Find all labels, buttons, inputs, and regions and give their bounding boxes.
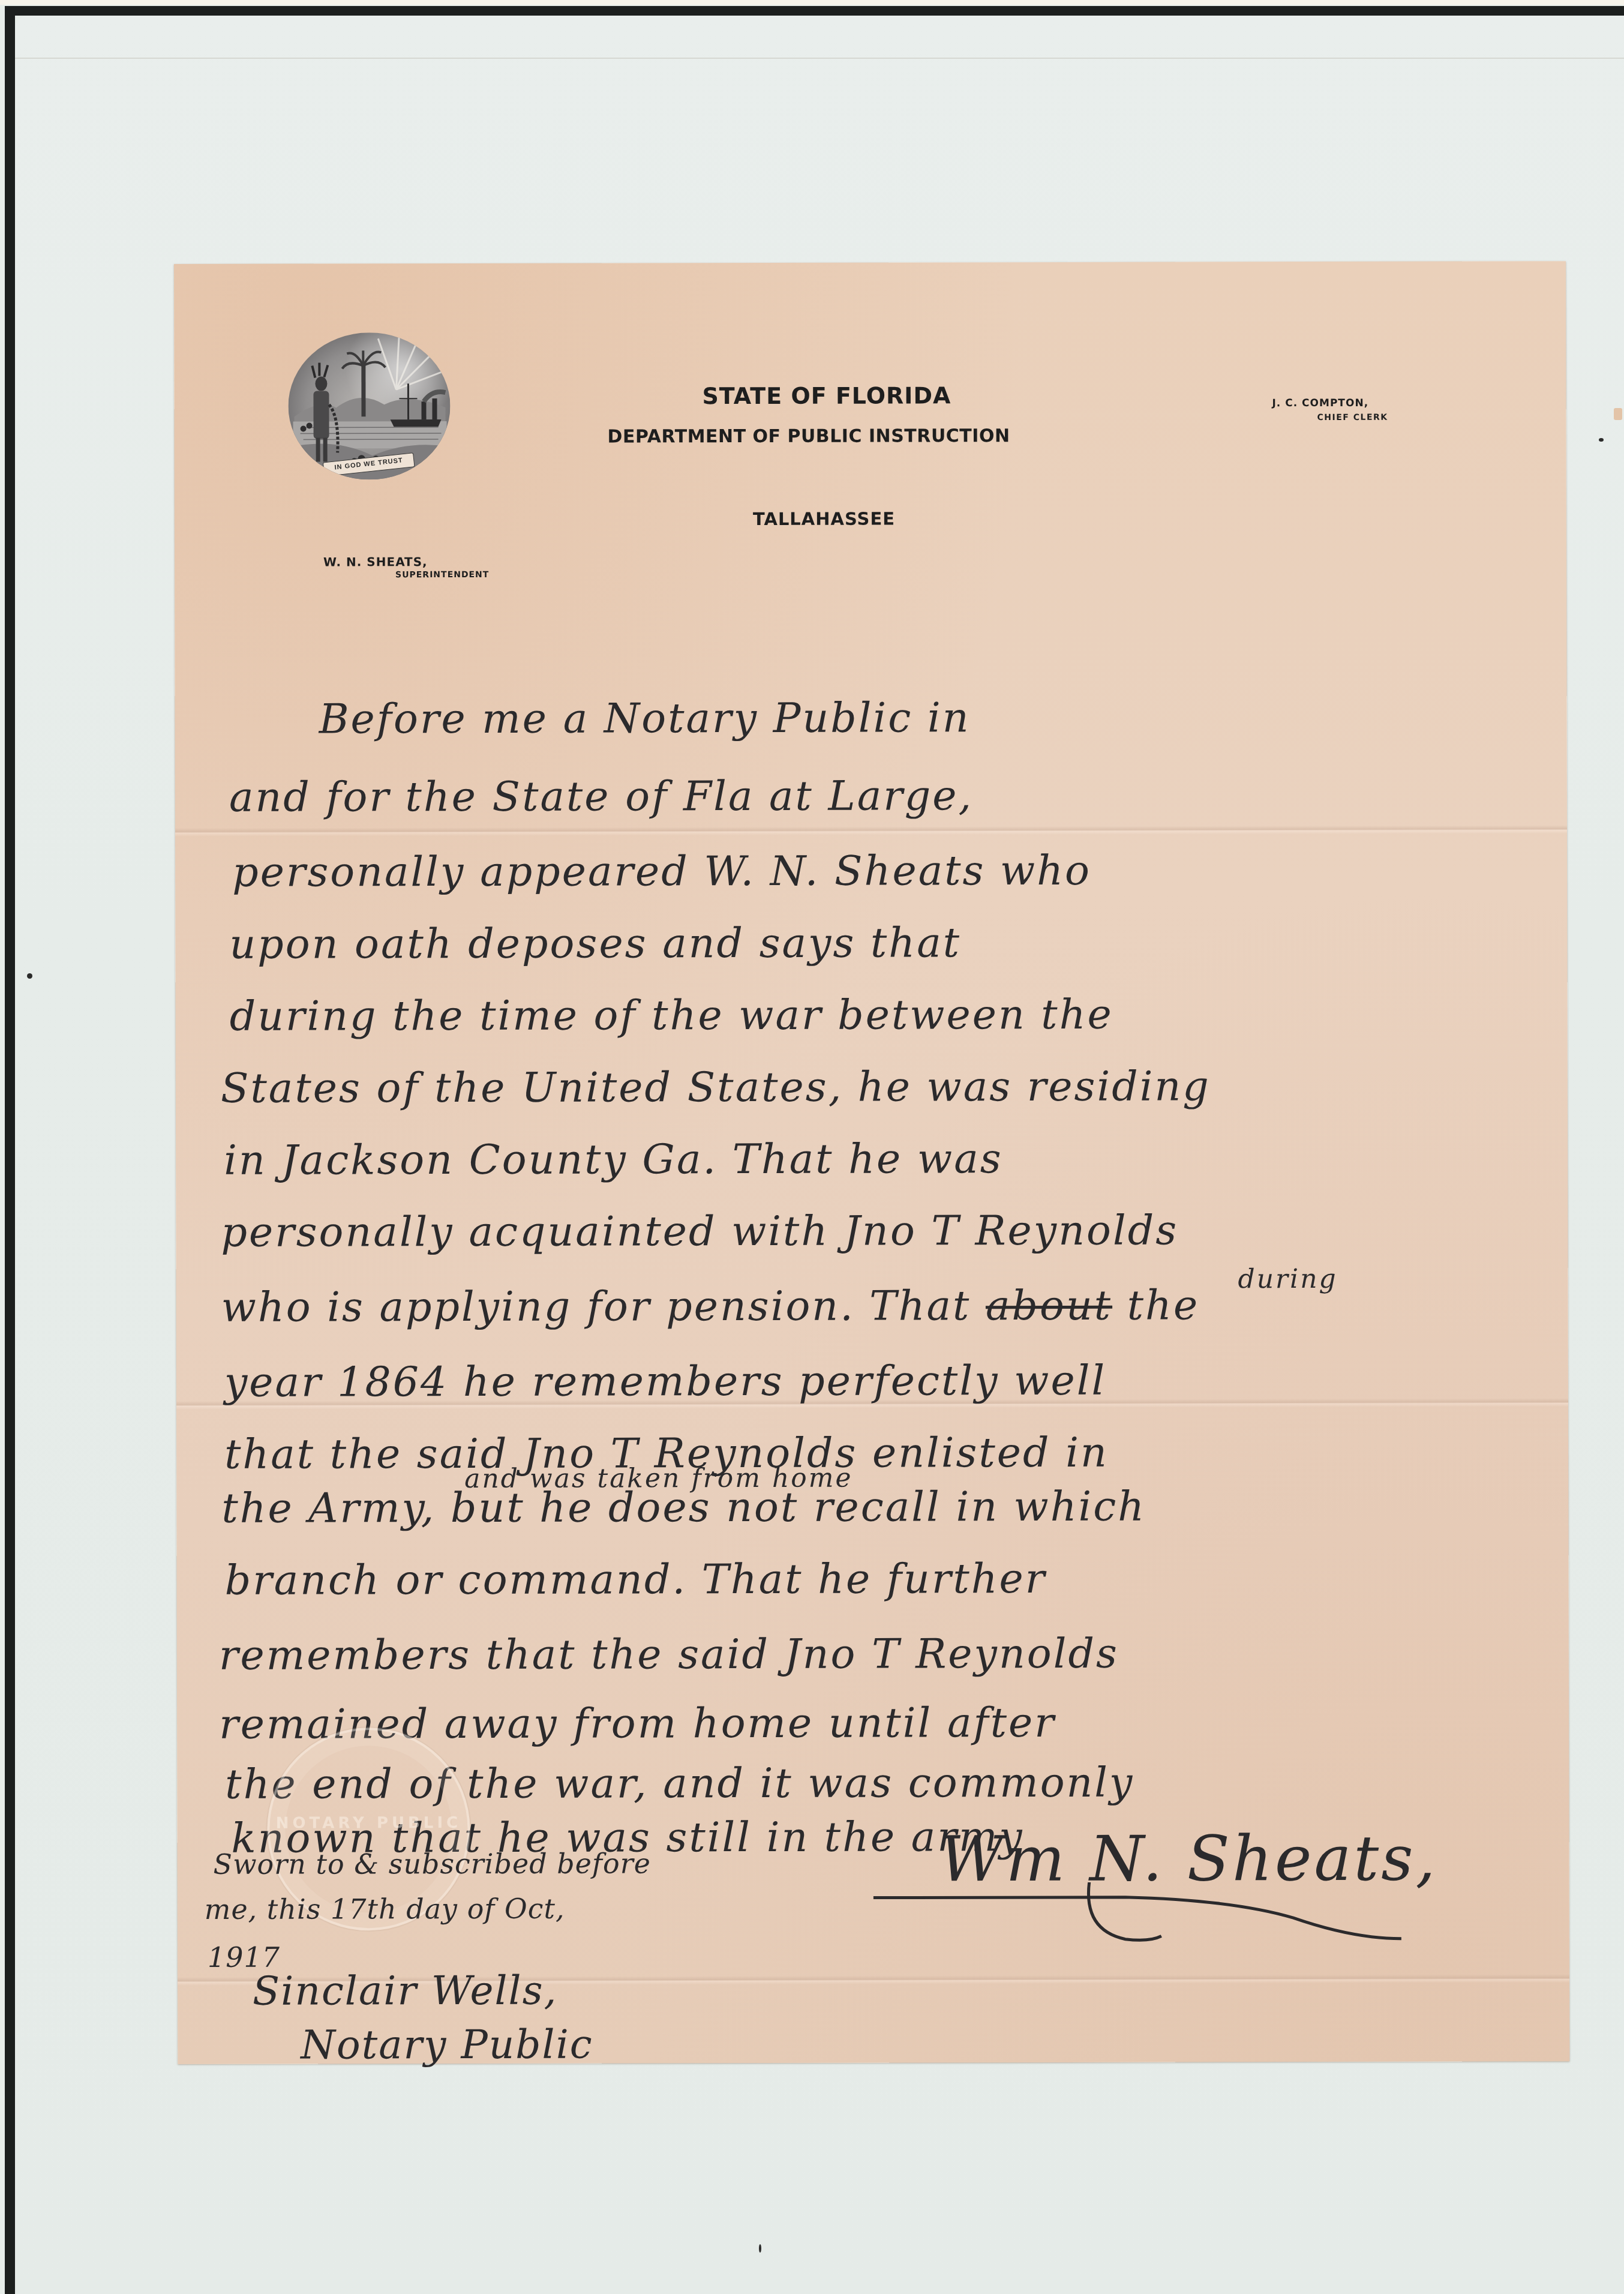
affidavit-letter: IN GOD WE TRUST STATE OF FLORIDA DEPARTM…: [174, 261, 1569, 2064]
affidavit-line: branch or command. That he further: [225, 1555, 1047, 1605]
paper-fragment: [1614, 408, 1622, 420]
dust-speck: [1599, 438, 1604, 442]
letterhead-state: STATE OF FLORIDA: [702, 382, 951, 409]
affidavit-line: personally appeared W. N. Sheats who: [232, 847, 1091, 896]
signature-underline-flourish: [873, 1882, 1413, 1955]
affidavit-line: year 1864 he remembers perfectly well: [224, 1357, 1106, 1407]
scanner-lid-edge: [15, 58, 1624, 59]
affidavit-line: personally acquainted with Jno T Reynold…: [221, 1207, 1178, 1256]
jurat-line: me, this 17th day of Oct,: [205, 1893, 565, 1926]
affidavit-line-tail: the: [1127, 1282, 1200, 1329]
notary-signature: Sinclair Wells,: [253, 1968, 558, 2014]
letterhead-department: DEPARTMENT OF PUBLIC INSTRUCTION: [608, 425, 1010, 447]
affidavit-line: upon oath deposes and says that: [229, 919, 961, 968]
affidavit-line: during the time of the war between the: [230, 991, 1113, 1040]
chief-clerk-name: J. C. COMPTON,: [1272, 397, 1368, 409]
affidavit-line-text: who is applying for pension. That: [221, 1282, 971, 1332]
letterhead-city: TALLAHASSEE: [753, 508, 895, 529]
struck-word: about: [986, 1282, 1112, 1330]
superintendent-title: SUPERINTENDENT: [395, 570, 489, 580]
florida-state-seal-icon: IN GOD WE TRUST: [288, 332, 451, 480]
affidavit-line: the Army, but he does not recall in whic…: [221, 1483, 1146, 1533]
affidavit-line: States of the United States, he was resi…: [221, 1063, 1211, 1112]
affidavit-line: and for the State of Fla at Large,: [229, 772, 973, 821]
dust-speck: [27, 973, 32, 979]
affidavit-line: who is applying for pension. That about …: [221, 1282, 1200, 1331]
fold-crease: [175, 825, 1567, 836]
jurat-line: Sworn to & subscribed before: [214, 1847, 651, 1881]
affidavit-line: in Jackson County Ga. That he was: [224, 1135, 1003, 1185]
scan-top-strip: [0, 0, 1624, 5]
scan-frame-left: [5, 6, 15, 2294]
insertion-during: during: [1238, 1264, 1337, 1294]
dust-speck: [759, 2244, 761, 2253]
affidavit-line: Before me a Notary Public in: [319, 694, 971, 743]
chief-clerk-title: CHIEF CLERK: [1317, 413, 1388, 422]
superintendent-name: W. N. SHEATS,: [323, 554, 428, 569]
scan-frame-top: [5, 6, 1624, 16]
notary-title: Notary Public: [301, 2022, 593, 2068]
affidavit-line: remembers that the said Jno T Reynolds: [219, 1630, 1119, 1680]
embossed-seal-text: NOTARY PUBLIC: [269, 1814, 467, 1833]
